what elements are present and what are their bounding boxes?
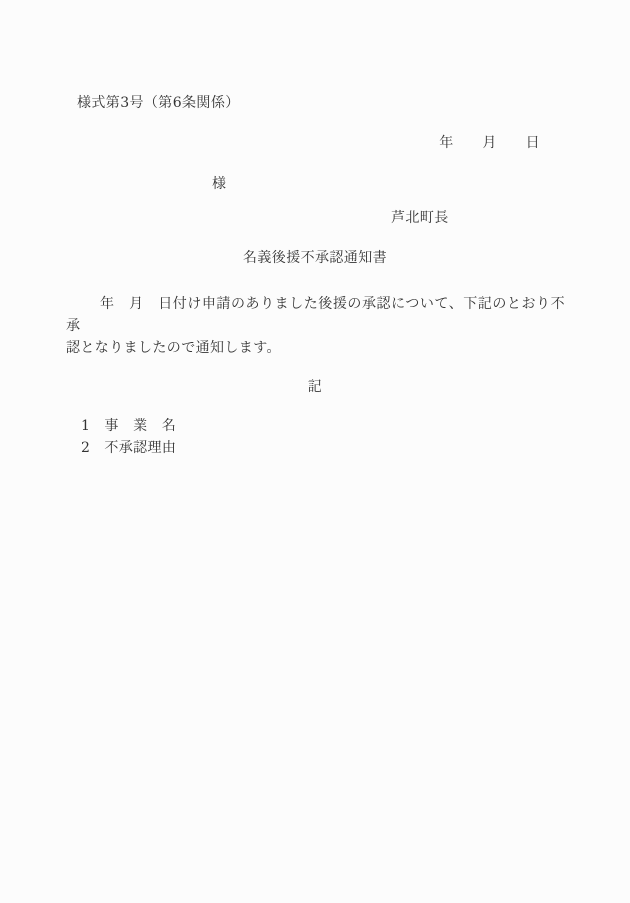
- list-item: 1事 業 名: [81, 415, 630, 437]
- body-paragraph: 年 月 日付け申請のありました後援の承認について、下記のとおり不承 認となりまし…: [66, 293, 565, 359]
- sender-name: 芦北町長: [0, 207, 630, 229]
- body-line: 認となりましたので通知します。: [66, 337, 565, 359]
- list-item-number: 1: [81, 418, 90, 434]
- item-list: 1事 業 名 2不承認理由: [0, 415, 630, 459]
- addressee-line: 様: [0, 173, 630, 195]
- list-heading: 記: [0, 376, 630, 398]
- date-placeholder-line: 年 月 日: [0, 132, 630, 154]
- addressee-honorific: 様: [212, 176, 226, 192]
- list-item-label: 事 業 名: [104, 418, 176, 434]
- body-line: 年 月 日付け申請のありました後援の承認について、下記のとおり不承: [66, 293, 565, 337]
- list-item-number: 2: [81, 440, 90, 456]
- list-item-label: 不承認理由: [104, 440, 176, 456]
- document-title: 名義後援不承認通知書: [0, 247, 630, 269]
- document-page: 様式第3号（第6条関係） 年 月 日 様 芦北町長 名義後援不承認通知書 年 月…: [0, 0, 630, 903]
- list-item: 2不承認理由: [81, 437, 630, 459]
- form-number: 様式第3号（第6条関係）: [0, 92, 630, 114]
